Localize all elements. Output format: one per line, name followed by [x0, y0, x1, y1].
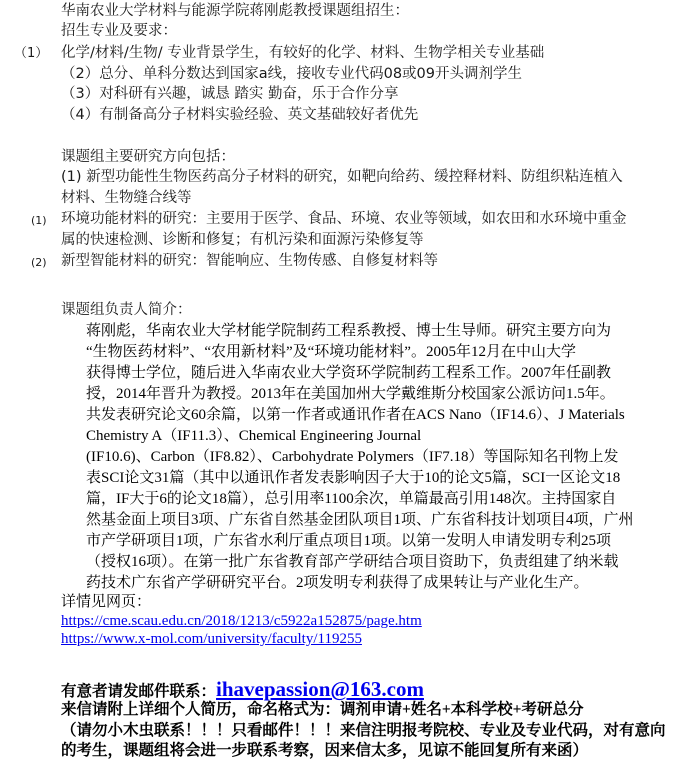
requirements-heading: 招生专业及要求： — [61, 22, 177, 41]
faculty-page-link[interactable]: https://cme.scau.edu.cn/2018/1213/c5922a… — [61, 613, 422, 629]
bio-line: (IF10.6)、Carbon（IF8.82）、Carbohydrate Pol… — [86, 448, 618, 467]
bio-line: 药技术广东省产学研研究平台。2项发明专利获得了成果转让与产业化生产。 — [86, 574, 589, 593]
bio-line: 市产学研项目1项，广东省水利厅重点项目1项。以第一发明人申请发明专利25项 — [86, 532, 611, 551]
requirement-item: （2）总分、单科分数达到国家a线，接收专业代码08或09开头调剂学生 — [61, 65, 522, 84]
research-item-line: 属的快速检测、诊断和修复；有机污染和面源污染修复等 — [61, 231, 424, 250]
requirement-marker: （1） — [14, 44, 48, 63]
bio-line: 获得博士学位，随后进入华南农业大学资环学院制药工程系工作。2007年任副教 — [86, 364, 611, 383]
requirement-item: 化学/材料/生物/ 专业背景学生，有较好的化学、材料、生物学相关专业基础 — [61, 44, 544, 63]
research-item-line: 环境功能材料的研究：主要用于医学、食品、环境、农业等领域，如农田和水环境中重金 — [61, 210, 627, 229]
research-marker: (1) — [31, 211, 47, 230]
research-item-line: (1) 新型功能性生物医药高分子材料的研究，如靶向给药、缓控释材料、防组织粘连植… — [61, 168, 623, 187]
bio-line: 表SCI论文31篇（其中以通讯作者发表影响因子大于10的论文5篇，SCI一区论文… — [86, 469, 620, 488]
bio-line: Chemistry A（IF11.3）、Chemical Engineering… — [86, 427, 421, 446]
research-item-line: 材料、生物缝合线等 — [61, 189, 192, 208]
page-title: 华南农业大学材料与能源学院蒋刚彪教授课题组招生： — [61, 2, 409, 21]
bio-line: 授，2014年晋升为教授。2013年在美国加州大学戴维斯分校国家公派访问1.5年… — [86, 385, 615, 404]
bio-line: 篇，IF大于6的论文18篇），总引用率1100余次，单篇最高引用148次。主持国… — [86, 490, 616, 509]
contact-note-line: 的考生，课题组将会进一步联系考察，因来信太多，见谅不能回复所有来函） — [61, 741, 588, 760]
bio-line: 共发表研究论文60余篇，以第一作者或通讯作者在ACS Nano（IF14.6）、… — [86, 406, 625, 425]
bio-line: （授权16项）。在第一批广东省教育部产学研结合项目资助下，负责组建了纳米载 — [86, 553, 619, 572]
links-heading: 详情见网页： — [61, 593, 151, 612]
bio-line: 然基金面上项目3项、广东省自然基金团队项目1项、广东省科技计划项目4项，广州 — [86, 511, 634, 530]
contact-note-line: （请勿小木虫联系！！！只看邮件！！！来信注明报考院校、专业及专业代码，对有意向 — [61, 721, 666, 740]
research-heading: 课题组主要研究方向包括： — [61, 148, 235, 167]
bio-line: “生物医药材料”、“农用新材料”及“环境功能材料”。2005年12月在中山大学 — [86, 343, 576, 362]
requirement-item: （4）有制备高分子材料实验经验、英文基础较好者优先 — [61, 106, 418, 125]
research-item-line: 新型智能材料的研究：智能响应、生物传感、自修复材料等 — [61, 252, 438, 271]
leader-heading: 课题组负责人简介： — [61, 301, 192, 320]
bio-line: 蒋刚彪，华南农业大学材能学院制药工程系教授、博士生导师。研究主要方向为 — [86, 322, 611, 341]
contact-label: 有意者请发邮件联系： — [61, 683, 216, 700]
research-marker: (2) — [31, 253, 47, 272]
xmol-profile-link[interactable]: https://www.x-mol.com/university/faculty… — [61, 631, 362, 647]
email-link[interactable]: ihavepassion@163.com — [216, 677, 424, 701]
requirement-item: （3）对科研有兴趣，诚恳 踏实 勤奋，乐于合作分享 — [61, 85, 398, 104]
contact-format-line: 来信请附上详细个人简历，命名格式为：调剂申请+姓名+本科学校+考研总分 — [61, 700, 584, 719]
